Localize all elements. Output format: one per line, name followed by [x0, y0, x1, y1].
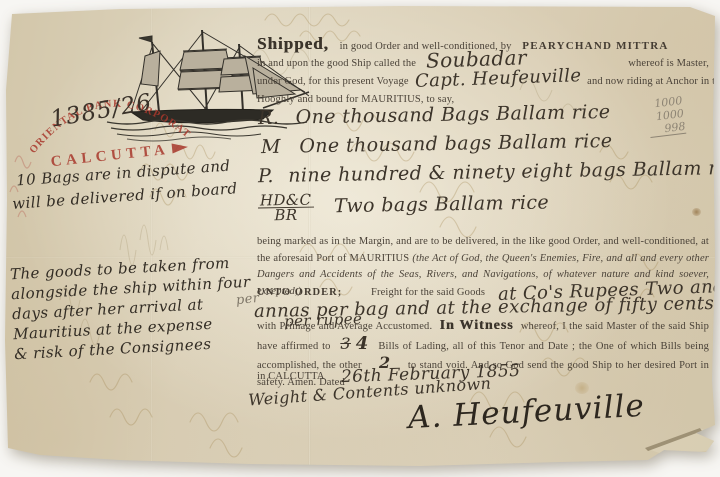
cargo-mark: M: [261, 136, 281, 158]
cargo-line: HD&C BR Two bags Ballam rice: [258, 188, 550, 222]
cargo-text: Two bags Ballam rice: [334, 191, 549, 217]
bills-count-handwritten: 4: [356, 336, 369, 353]
in-witness-text: In Witness: [439, 318, 513, 333]
bills-count-struck: 3: [340, 336, 351, 353]
shipper-name: PEARYCHAND MITTRA: [522, 40, 668, 52]
voyage-line: under God, for this present Voyage Capt.…: [257, 74, 709, 91]
shipped-heading: Shipped,: [257, 34, 329, 53]
voyage-line-text: under God, for this present Voyage: [257, 74, 409, 91]
master-name-handwritten: Capt. Heufeuville: [414, 68, 581, 90]
cargo-mark-stacked: HD&C BR: [258, 193, 314, 223]
photo-background: ORIENTAL BANK CORPORATION CALCUTTA 1385/…: [0, 0, 720, 477]
cargo-mark-bottom: BR: [258, 208, 314, 223]
delivery-note: The goods to be taken from alongside the…: [10, 252, 255, 364]
cargo-mark: P.: [258, 165, 274, 187]
primage-text: with Primage and Average Accustomed.: [257, 321, 432, 332]
whereof-master-text: whereof is Master,: [628, 56, 709, 73]
dated-in-text: in CALCUTTA: [257, 371, 324, 382]
stamp-arrow-icon: [172, 142, 189, 154]
cargo-mark: R.: [258, 107, 280, 129]
ship-name-handwritten: Soubadar: [426, 49, 527, 69]
document-paper: ORIENTAL BANK CORPORATION CALCUTTA 1385/…: [0, 0, 720, 477]
paper-shadow: ORIENTAL BANK CORPORATION CALCUTTA 1385/…: [0, 0, 720, 477]
riding-anchor-text: and now riding at Anchor in the River: [587, 74, 720, 91]
ship-line-text: in and upon the good Ship called the: [257, 56, 416, 73]
unto-order-text: UNTO ORDER;: [257, 287, 342, 298]
